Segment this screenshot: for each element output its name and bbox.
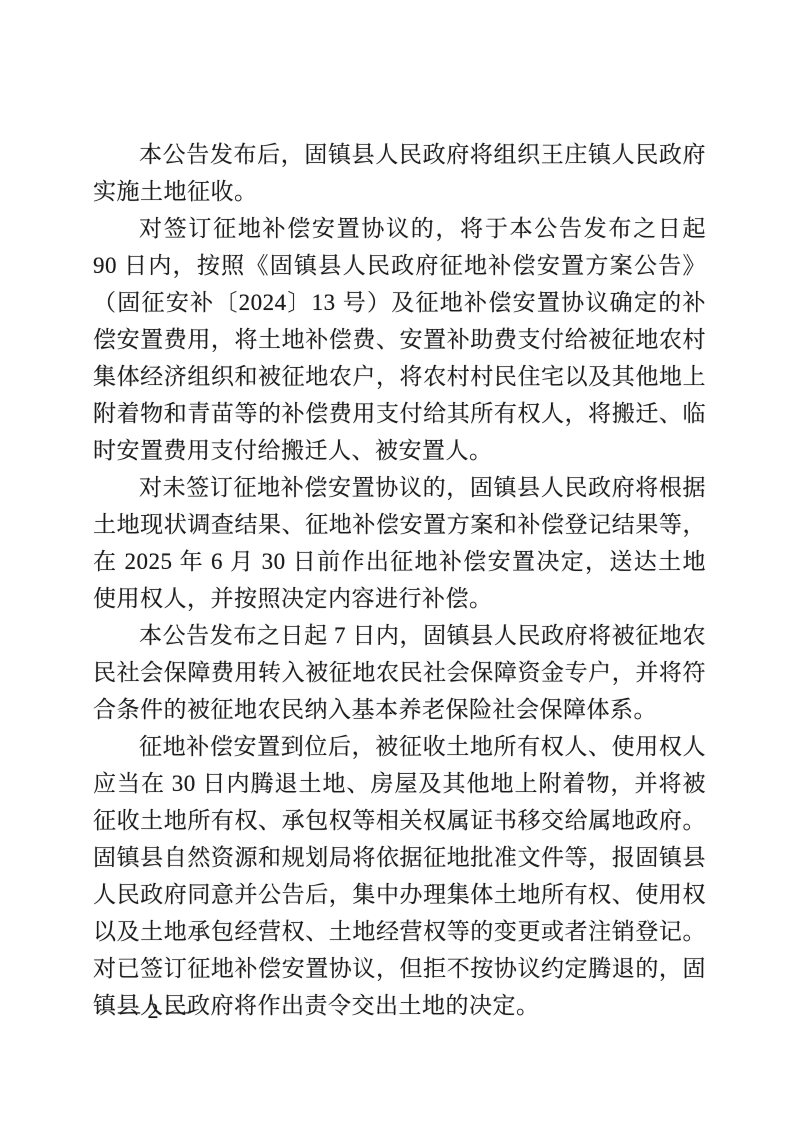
paragraph-vacate-and-registration: 征地补偿安置到位后，被征收土地所有权人、使用权人应当在 30 日内腾退土地、房屋… — [93, 728, 706, 1024]
page-number: — 2 — — [118, 998, 189, 1024]
document-page: 本公告发布后，固镇县人民政府将组织王庄镇人民政府实施土地征收。 对签订征地补偿安… — [0, 0, 793, 1122]
paragraph-signed-agreement-payment: 对签订征地补偿安置协议的，将于本公告发布之日起 90 日内，按照《固镇县人民政府… — [93, 210, 706, 469]
paragraph-implementation: 本公告发布后，固镇县人民政府将组织王庄镇人民政府实施土地征收。 — [93, 136, 706, 210]
paragraph-unsigned-agreement-decision: 对未签订征地补偿安置协议的，固镇县人民政府将根据土地现状调查结果、征地补偿安置方… — [93, 469, 706, 617]
document-body-text: 本公告发布后，固镇县人民政府将组织王庄镇人民政府实施土地征收。 对签订征地补偿安… — [93, 136, 706, 1024]
paragraph-social-security: 本公告发布之日起 7 日内，固镇县人民政府将被征地农民社会保障费用转入被征地农民… — [93, 617, 706, 728]
